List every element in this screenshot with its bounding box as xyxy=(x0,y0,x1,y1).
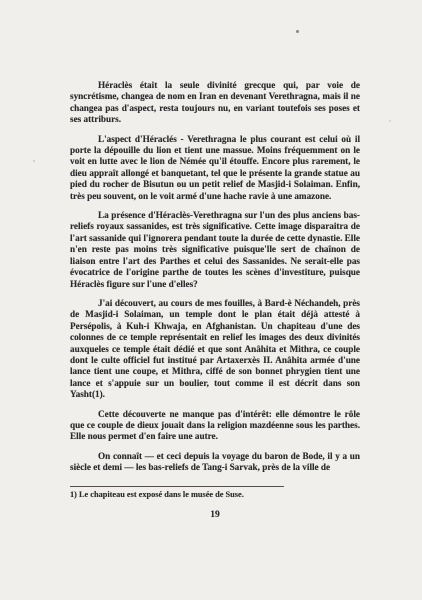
scan-speck xyxy=(389,120,391,122)
page-number: 19 xyxy=(70,510,360,520)
paragraph-5: Cette découverte ne manque pas d'intérêt… xyxy=(70,409,360,443)
footnote-separator xyxy=(70,486,284,487)
paragraph-1: Héraclès était la seule divinité grecque… xyxy=(70,80,360,126)
scanned-book-page: Héraclès était la seule divinité grecque… xyxy=(0,0,422,600)
body-text: Héraclès était la seule divinité grecque… xyxy=(70,80,360,482)
scan-speck xyxy=(33,160,35,162)
scan-speck xyxy=(296,30,299,33)
paragraph-3: La présence d'Héraclès-Verethragna sur l… xyxy=(70,210,360,290)
paragraph-2: L'aspect d'Héraclés - Verethragna le plu… xyxy=(70,134,360,202)
footnote: 1) Le chapiteau est exposé dans le musée… xyxy=(70,490,360,500)
paragraph-4: J'ai découvert, au cours de mes fouilles… xyxy=(70,298,360,401)
paragraph-6: On connaît — et ceci depuis la voyage du… xyxy=(70,451,360,474)
